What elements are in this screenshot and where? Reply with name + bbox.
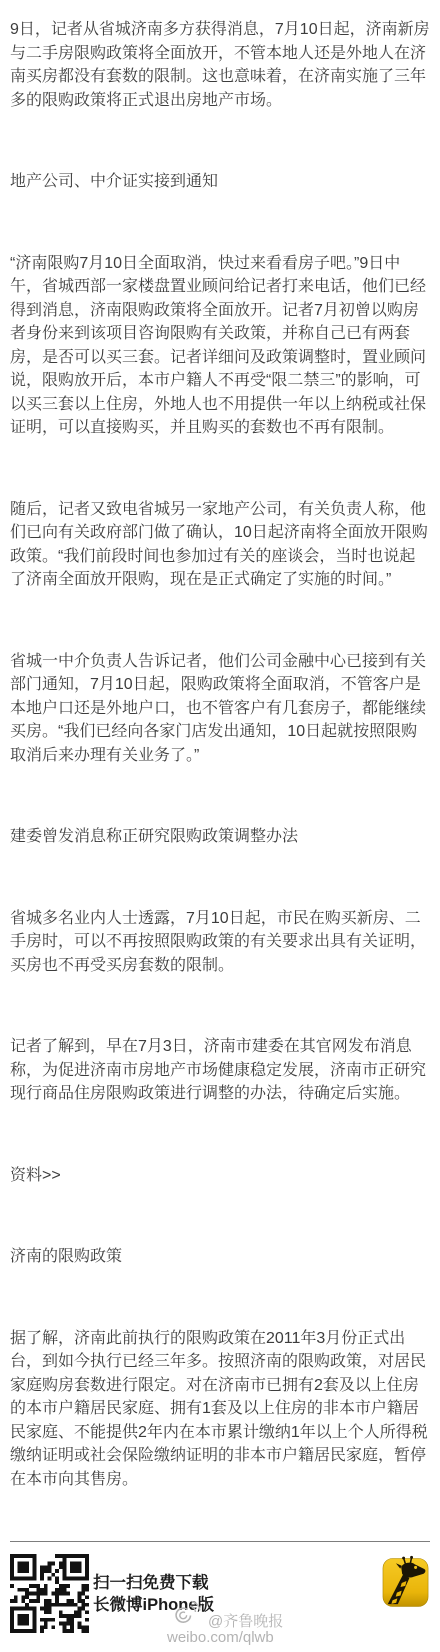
weibo-url: weibo.com/qlwb — [167, 1629, 274, 1646]
footer-divider — [10, 1541, 430, 1542]
section-heading: 济南的限购政策 — [10, 1245, 430, 1269]
paragraph: 随后，记者又致电省城另一家地产公司，有关负责人称，他们已向有关政府部门做了确认，… — [10, 498, 430, 592]
giraffe-logo-icon — [382, 1555, 430, 1610]
paragraph: 记者了解到，早在7月3日，济南市建委在其官网发布消息称，为促进济南市房地产市场健… — [10, 1035, 430, 1106]
paragraph: 9日，记者从省城济南多方获得消息，7月10日起，济南新房与二手房限购政策将全面放… — [10, 18, 430, 112]
qr-caption-line1: 扫一扫免费下载 — [93, 1572, 214, 1594]
section-heading: 资料>> — [10, 1164, 430, 1188]
weibo-logo-icon — [170, 1598, 202, 1626]
paragraph: 据了解，济南此前执行的限购政策在2011年3月份正式出台，到如今执行已经三年多。… — [10, 1327, 430, 1492]
paragraph: 省城多名业内人士透露，7月10日起，市民在购买新房、二手房时，可以不再按照限购政… — [10, 907, 430, 978]
qr-code — [10, 1554, 89, 1633]
paragraph: “济南限购7月10日全面取消，快过来看看房子吧。”9日中午，省城西部一家楼盘置业… — [10, 252, 430, 440]
section-heading: 地产公司、中介证实接到通知 — [10, 170, 430, 194]
section-heading: 建委曾发消息称正研究限购政策调整办法 — [10, 825, 430, 849]
weibo-handle: @齐鲁晚报 — [208, 1610, 283, 1631]
paragraph: 省城一中介负责人告诉记者，他们公司金融中心已接到有关部门通知，7月10日起，限购… — [10, 650, 430, 768]
article-body: 9日，记者从省城济南多方获得消息，7月10日起，济南新房与二手房限购政策将全面放… — [0, 0, 440, 1491]
